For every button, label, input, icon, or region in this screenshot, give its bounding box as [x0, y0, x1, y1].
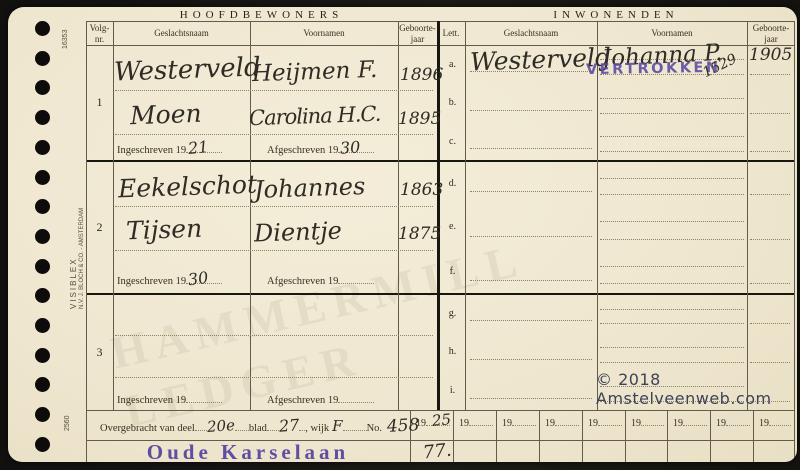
dotted-leader [195, 416, 207, 431]
ingeschreven-field: Ingeschreven 19 [117, 388, 222, 406]
ingeschreven-label: Ingeschreven 19 [117, 395, 186, 406]
ingeschreven-field: Ingeschreven 19 21 [117, 138, 208, 156]
row-number: 1 [86, 45, 113, 160]
afgeschreven-year: 30 [340, 139, 361, 156]
afgeschreven-label: Afgeschreven 19 [267, 145, 338, 156]
inwonenden-row-g: g. [437, 295, 795, 332]
col-header-year-left-line1: Geboorte- [399, 23, 435, 33]
vertrokken-stamp: VERTROKKEN [586, 60, 721, 78]
dotted-leader [512, 416, 536, 426]
hoofdbewoners-row-2: 2 Eekelschot Johannes 1863 Tijsen Dientj… [86, 162, 437, 293]
row-letter: i. [440, 371, 465, 410]
punch-hole [35, 259, 50, 274]
dotted-leader [598, 416, 622, 426]
dotted-leader [235, 416, 249, 431]
punch-hole [35, 199, 50, 214]
writing-line [470, 320, 592, 321]
dotted-leader [338, 388, 374, 403]
section-title-inwonenden: INWONENDEN [437, 9, 795, 21]
register-card: 16353 VISIBLEX N.V. J. BLOCH & CO. - AMS… [8, 7, 797, 462]
inwonenden-row-d: d. [437, 162, 795, 204]
row-letter: c. [440, 122, 465, 160]
ingeschreven-label: Ingeschreven 19 [117, 145, 186, 156]
writing-line [600, 221, 744, 222]
year-value: 25 [431, 412, 451, 429]
writing-line [470, 148, 592, 149]
writing-line [600, 113, 744, 114]
punch-hole [35, 229, 50, 244]
writing-line [600, 362, 744, 363]
rule [625, 410, 626, 462]
rule [667, 410, 668, 462]
writing-line [470, 359, 592, 360]
rule [539, 410, 540, 462]
writing-line [115, 250, 433, 251]
wijk-value: F [332, 419, 342, 434]
punch-hole [35, 318, 50, 333]
row-letter: f. [440, 249, 465, 293]
writing-line [600, 98, 744, 99]
year-cell-9: 19 [759, 416, 791, 429]
writing-line [115, 377, 433, 378]
writing-line [470, 398, 592, 399]
col-header-firstnames-left-label: Voornamen [303, 28, 344, 38]
punch-hole [35, 288, 50, 303]
punch-hole [35, 437, 50, 452]
year-prefix: 19 [631, 418, 641, 429]
punch-hole [35, 140, 50, 155]
row-letter: b. [440, 83, 465, 122]
col-header-surname-left-label: Geslachtsnaam [154, 28, 208, 38]
punch-hole [35, 407, 50, 422]
year-cell-4: 19 [545, 416, 579, 429]
dotted-leader [555, 416, 579, 426]
dotted-leader [769, 416, 791, 426]
writing-line [600, 194, 744, 195]
afgeschreven-field: Afgeschreven 19 [267, 388, 374, 406]
year-prefix: 19 [716, 418, 726, 429]
col-header-year-right: Geboorte- jaar [747, 22, 795, 45]
col-header-year-left: Geboorte- jaar [398, 22, 437, 45]
punch-hole [35, 170, 50, 185]
writing-line [600, 178, 744, 179]
writing-line [750, 362, 790, 363]
firstnames-entry: Heijmen F. [252, 59, 378, 86]
surname-entry: Moen [130, 101, 202, 128]
inwonenden-row-e: e. [437, 204, 795, 249]
year-prefix: 19 [588, 418, 598, 429]
ingeschreven-year: 30 [187, 270, 209, 289]
writing-line [600, 283, 744, 284]
inwonenden-row-b: b. [437, 83, 795, 122]
year-prefix: 19 [759, 418, 769, 429]
afgeschreven-label: Afgeschreven 19 [267, 276, 338, 287]
writing-line [600, 136, 744, 137]
birthyear-entry: 1905 [749, 47, 792, 64]
overgebracht-label: Overgebracht van deel [100, 423, 195, 434]
year-cell-3: 19 [502, 416, 536, 429]
year-cell-7: 19 [673, 416, 707, 429]
writing-line [600, 239, 744, 240]
house-number: 77. [422, 442, 452, 462]
row-letter: a. [440, 45, 465, 83]
punch-holes [35, 21, 51, 452]
brand-company: N.V. J. BLOCH & CO. - AMSTERDAM [79, 208, 85, 309]
writing-line [115, 335, 433, 336]
punch-hole [35, 110, 50, 125]
punch-hole [35, 80, 50, 95]
inwonenden-row-f: f. [437, 249, 795, 293]
overgebracht-field: Overgebracht van deel 20e blad 27 , wijk… [100, 416, 420, 435]
writing-line [750, 239, 790, 240]
inwonenden-row-c: c. [437, 122, 795, 160]
year-prefix: 19 [416, 418, 426, 429]
writing-line [115, 134, 433, 135]
punch-hole [35, 377, 50, 392]
wijk-label: , wijk [305, 423, 329, 434]
afgeschreven-field: Afgeschreven 19 [267, 269, 340, 287]
deel-value: 20e [206, 418, 235, 435]
dotted-leader [726, 416, 750, 426]
col-header-surname-right-label: Geslachtsnaam [504, 28, 558, 38]
dotted-leader [267, 416, 279, 431]
no-label: No. [367, 423, 382, 434]
writing-line [600, 323, 744, 324]
dotted-leader [343, 416, 367, 431]
dotted-leader [338, 269, 374, 284]
dotted-leader [683, 416, 707, 426]
year-cell-6: 19 [631, 416, 664, 429]
row-letter: g. [440, 295, 465, 332]
dotted-leader [641, 416, 664, 426]
row-letter: d. [440, 162, 465, 204]
ingeschreven-label: Ingeschreven 19 [117, 276, 186, 287]
year-cell-8: 19 [716, 416, 750, 429]
brand-name: VISIBLEX [69, 257, 78, 309]
ingeschreven-field: Ingeschreven 19 30 [117, 269, 208, 287]
surname-entry: Westerveld [114, 54, 261, 85]
writing-line [750, 194, 790, 195]
rule [753, 410, 754, 462]
row-letter: e. [440, 204, 465, 249]
dotted-leader [469, 416, 493, 426]
firstnames-entry: Carolina H.C. [249, 104, 381, 130]
birthyear-entry: 1875 [398, 226, 441, 243]
birthyear-entry: 1895 [398, 111, 441, 128]
col-header-volgnr: Volg- nr. [86, 22, 113, 45]
col-header-year-right-line1: Geboorte- [753, 23, 789, 33]
rule [453, 410, 454, 462]
copyright-watermark: © 2018 Amstelveenweb.com [596, 370, 797, 408]
firstnames-entry: Johannes [254, 174, 366, 202]
afgeschreven-field: Afgeschreven 19 30 [267, 138, 361, 156]
year-prefix: 19 [545, 418, 555, 429]
writing-line [115, 206, 433, 207]
year-prefix: 19 [673, 418, 683, 429]
col-header-letter-label: Lett. [443, 28, 460, 38]
surname-entry: Tijsen [126, 216, 203, 244]
writing-line [600, 266, 744, 267]
ingeschreven-year: 21 [187, 139, 209, 157]
dotted-leader [186, 388, 222, 403]
stock-number-top: 16353 [62, 30, 69, 49]
writing-line [470, 191, 592, 192]
hoofdbewoners-row-3: 3 Ingeschreven 19 Afgeschreven 19 [86, 295, 437, 410]
punch-hole [35, 348, 50, 363]
hoofdbewoners-row-1: 1 Westerveld Heijmen F. 1896 Moen Caroli… [86, 45, 437, 160]
row-number: 3 [86, 295, 113, 410]
writing-line [750, 151, 790, 152]
punch-hole [35, 51, 50, 66]
firstnames-entry: Dientje [254, 218, 343, 245]
rule [582, 410, 583, 462]
rule [710, 410, 711, 462]
year-prefix: 19 [459, 418, 469, 429]
writing-line [750, 283, 790, 284]
punch-hole [35, 21, 50, 36]
writing-line [600, 309, 744, 310]
stock-number-bottom: 2560 [64, 415, 71, 431]
year-cell-2: 19 [459, 416, 493, 429]
col-header-volgnr-line1: Volg- [90, 23, 110, 33]
writing-line [750, 113, 790, 114]
col-header-volgnr-line2: nr. [95, 34, 104, 44]
col-header-surname-left: Geslachtsnaam [113, 22, 250, 45]
rule [496, 410, 497, 462]
row-number: 2 [86, 162, 113, 293]
street-name-stamp: Oude Karselaan [86, 440, 410, 462]
row-letter: h. [440, 332, 465, 371]
afgeschreven-label: Afgeschreven 19 [267, 395, 338, 406]
writing-line [750, 74, 790, 75]
scan-background: 16353 VISIBLEX N.V. J. BLOCH & CO. - AMS… [0, 0, 800, 470]
col-header-year-left-line2: jaar [411, 34, 425, 44]
writing-line [600, 347, 744, 348]
no-value: 458 [387, 418, 420, 437]
year-prefix: 19 [502, 418, 512, 429]
section-title-hoofdbewoners: HOOFDBEWONERS [86, 9, 437, 21]
writing-line [470, 280, 592, 281]
writing-line [115, 90, 433, 91]
surname-entry: Eekelschot [118, 172, 258, 202]
inwonenden-row-h: h. [437, 332, 795, 371]
col-header-letter: Lett. [437, 22, 465, 45]
blad-value: 27 [278, 418, 299, 435]
col-header-firstnames-right-label: Voornamen [651, 28, 692, 38]
writing-line [470, 236, 592, 237]
col-header-year-right-line2: jaar [764, 34, 778, 44]
year-cell-5: 19 [588, 416, 622, 429]
writing-line [750, 323, 790, 324]
col-header-surname-right: Geslachtsnaam [465, 22, 597, 45]
writing-line [470, 110, 592, 111]
blad-label: blad [249, 423, 267, 434]
col-header-firstnames-left: Voornamen [250, 22, 398, 45]
writing-line [600, 151, 744, 152]
